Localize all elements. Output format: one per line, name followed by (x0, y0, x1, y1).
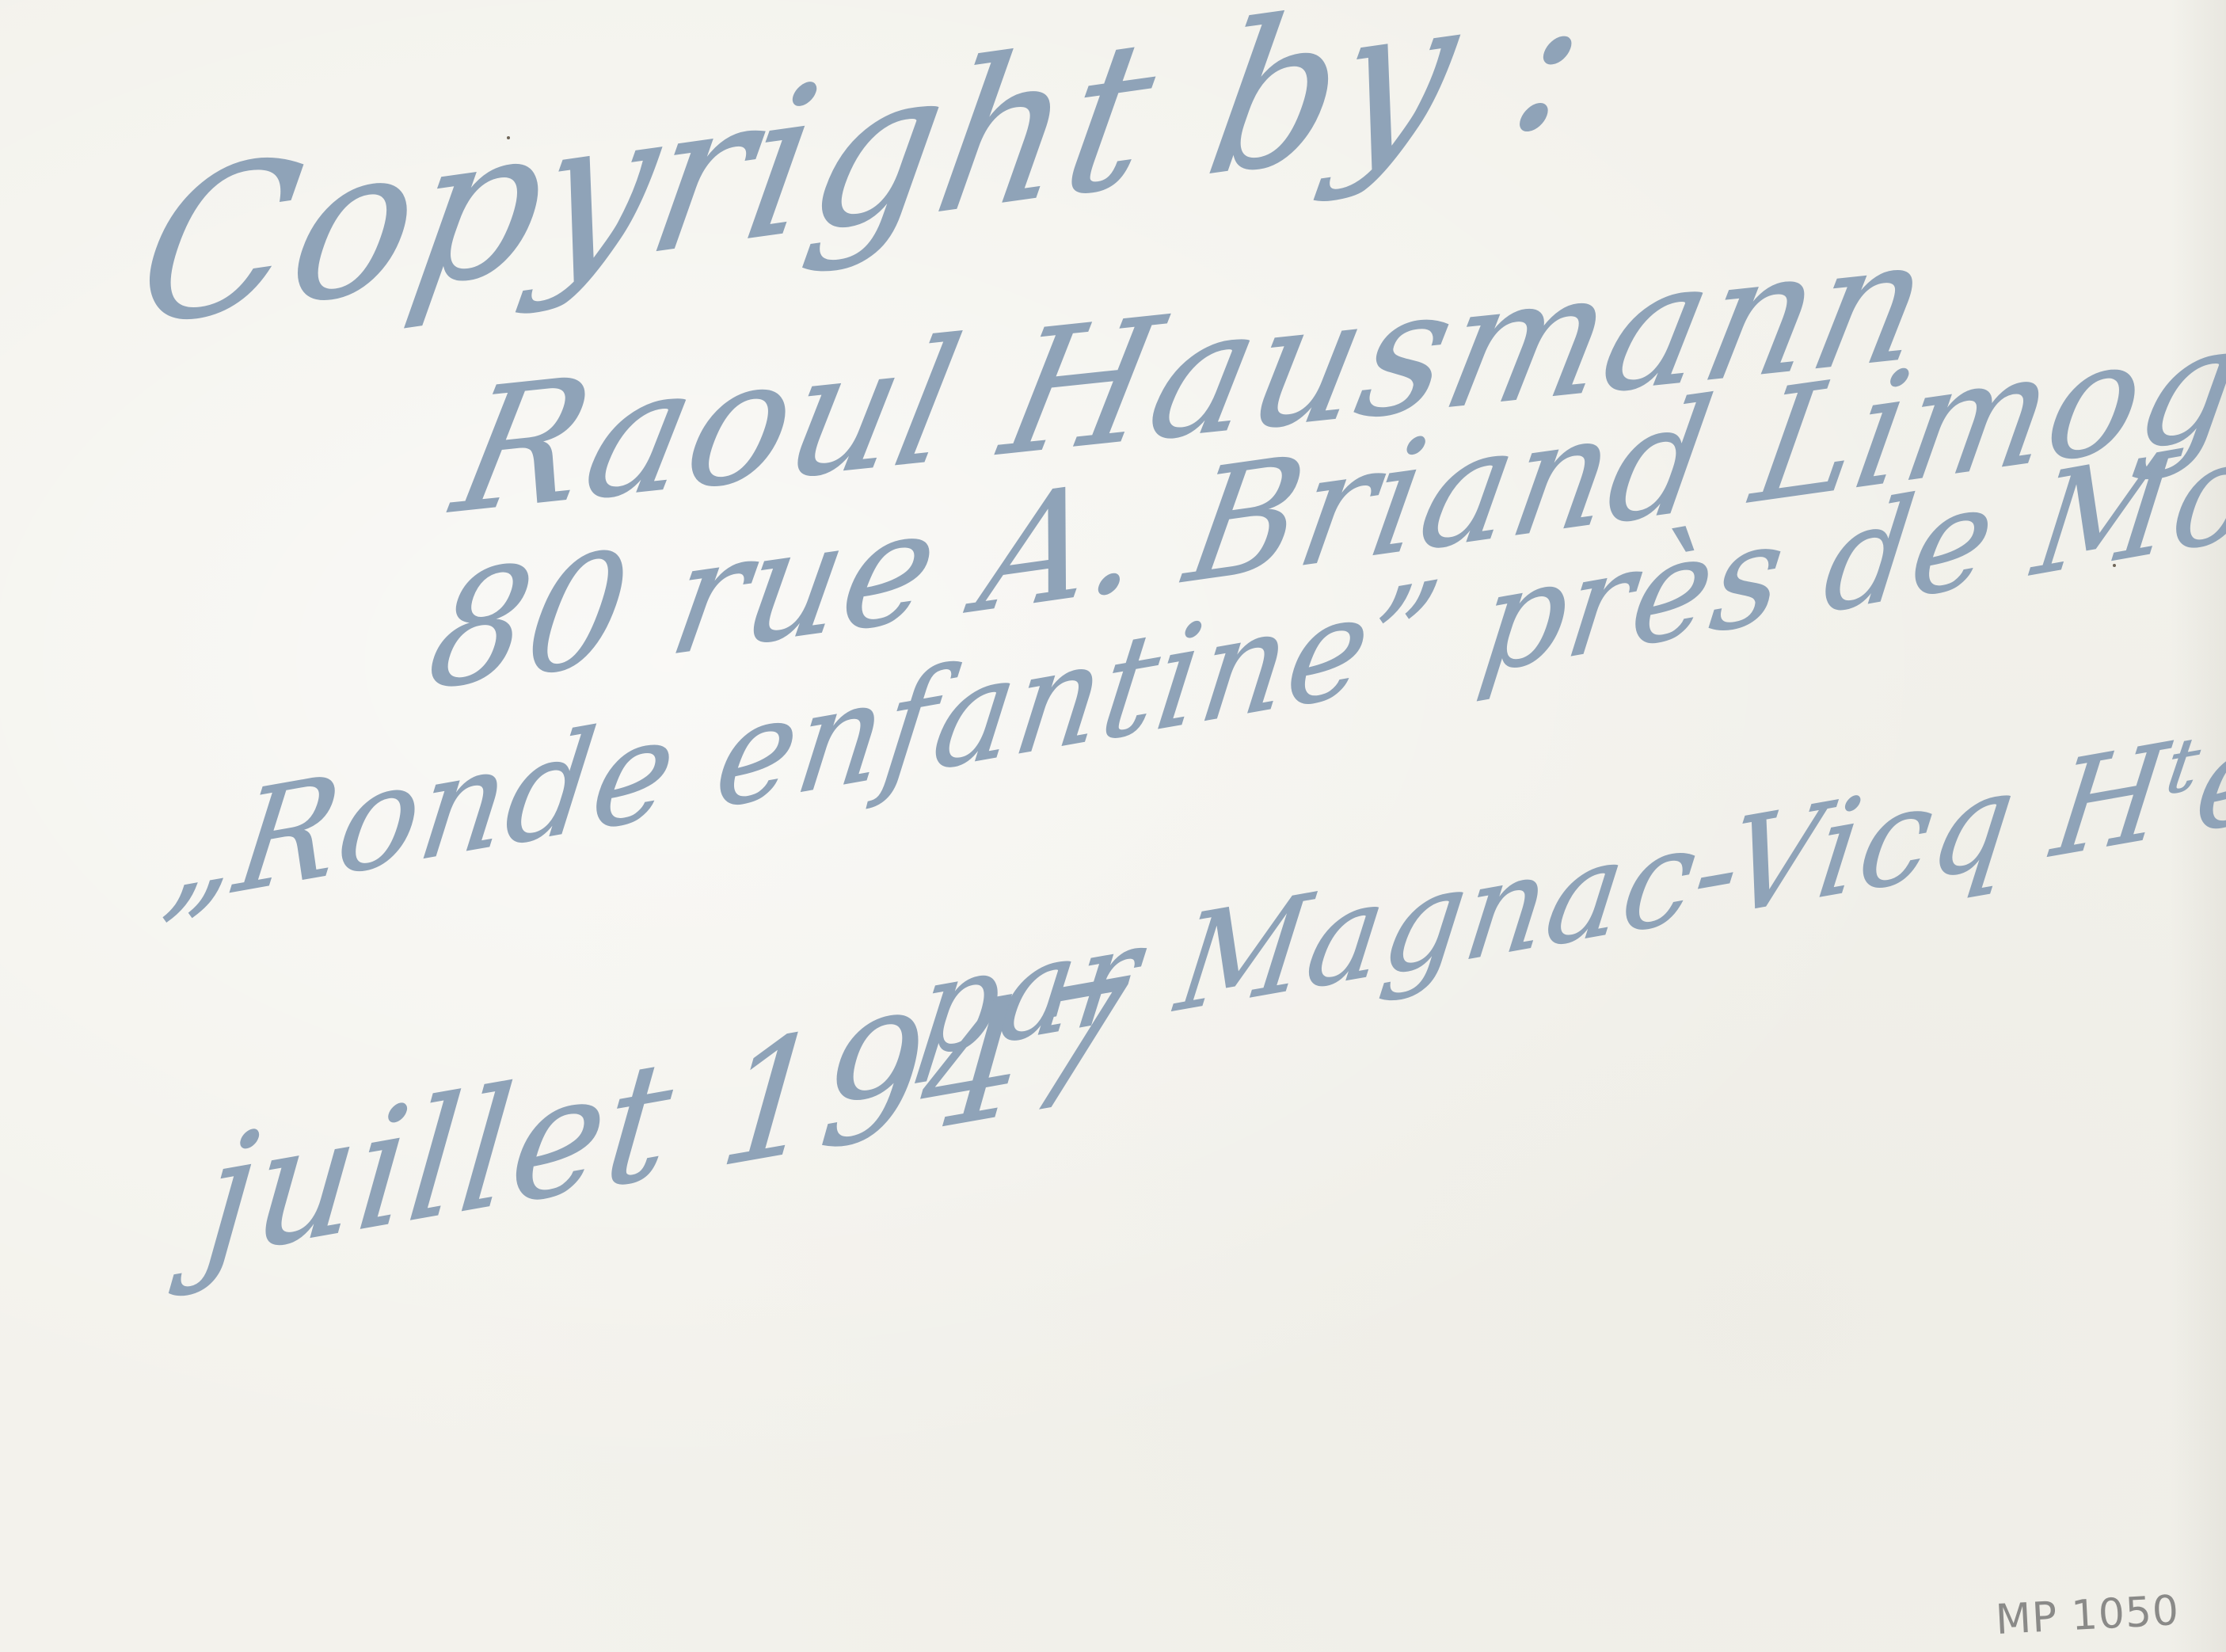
inscription-date: juillet 1947 (198, 957, 1134, 1283)
paper-speck (2113, 564, 2116, 567)
paper-speck (507, 136, 510, 139)
inventory-number: MP 1050 (1995, 1587, 2181, 1644)
photo-verso-paper: Copyright by : Raoul Hausmann 80 rue A. … (0, 0, 2226, 1652)
